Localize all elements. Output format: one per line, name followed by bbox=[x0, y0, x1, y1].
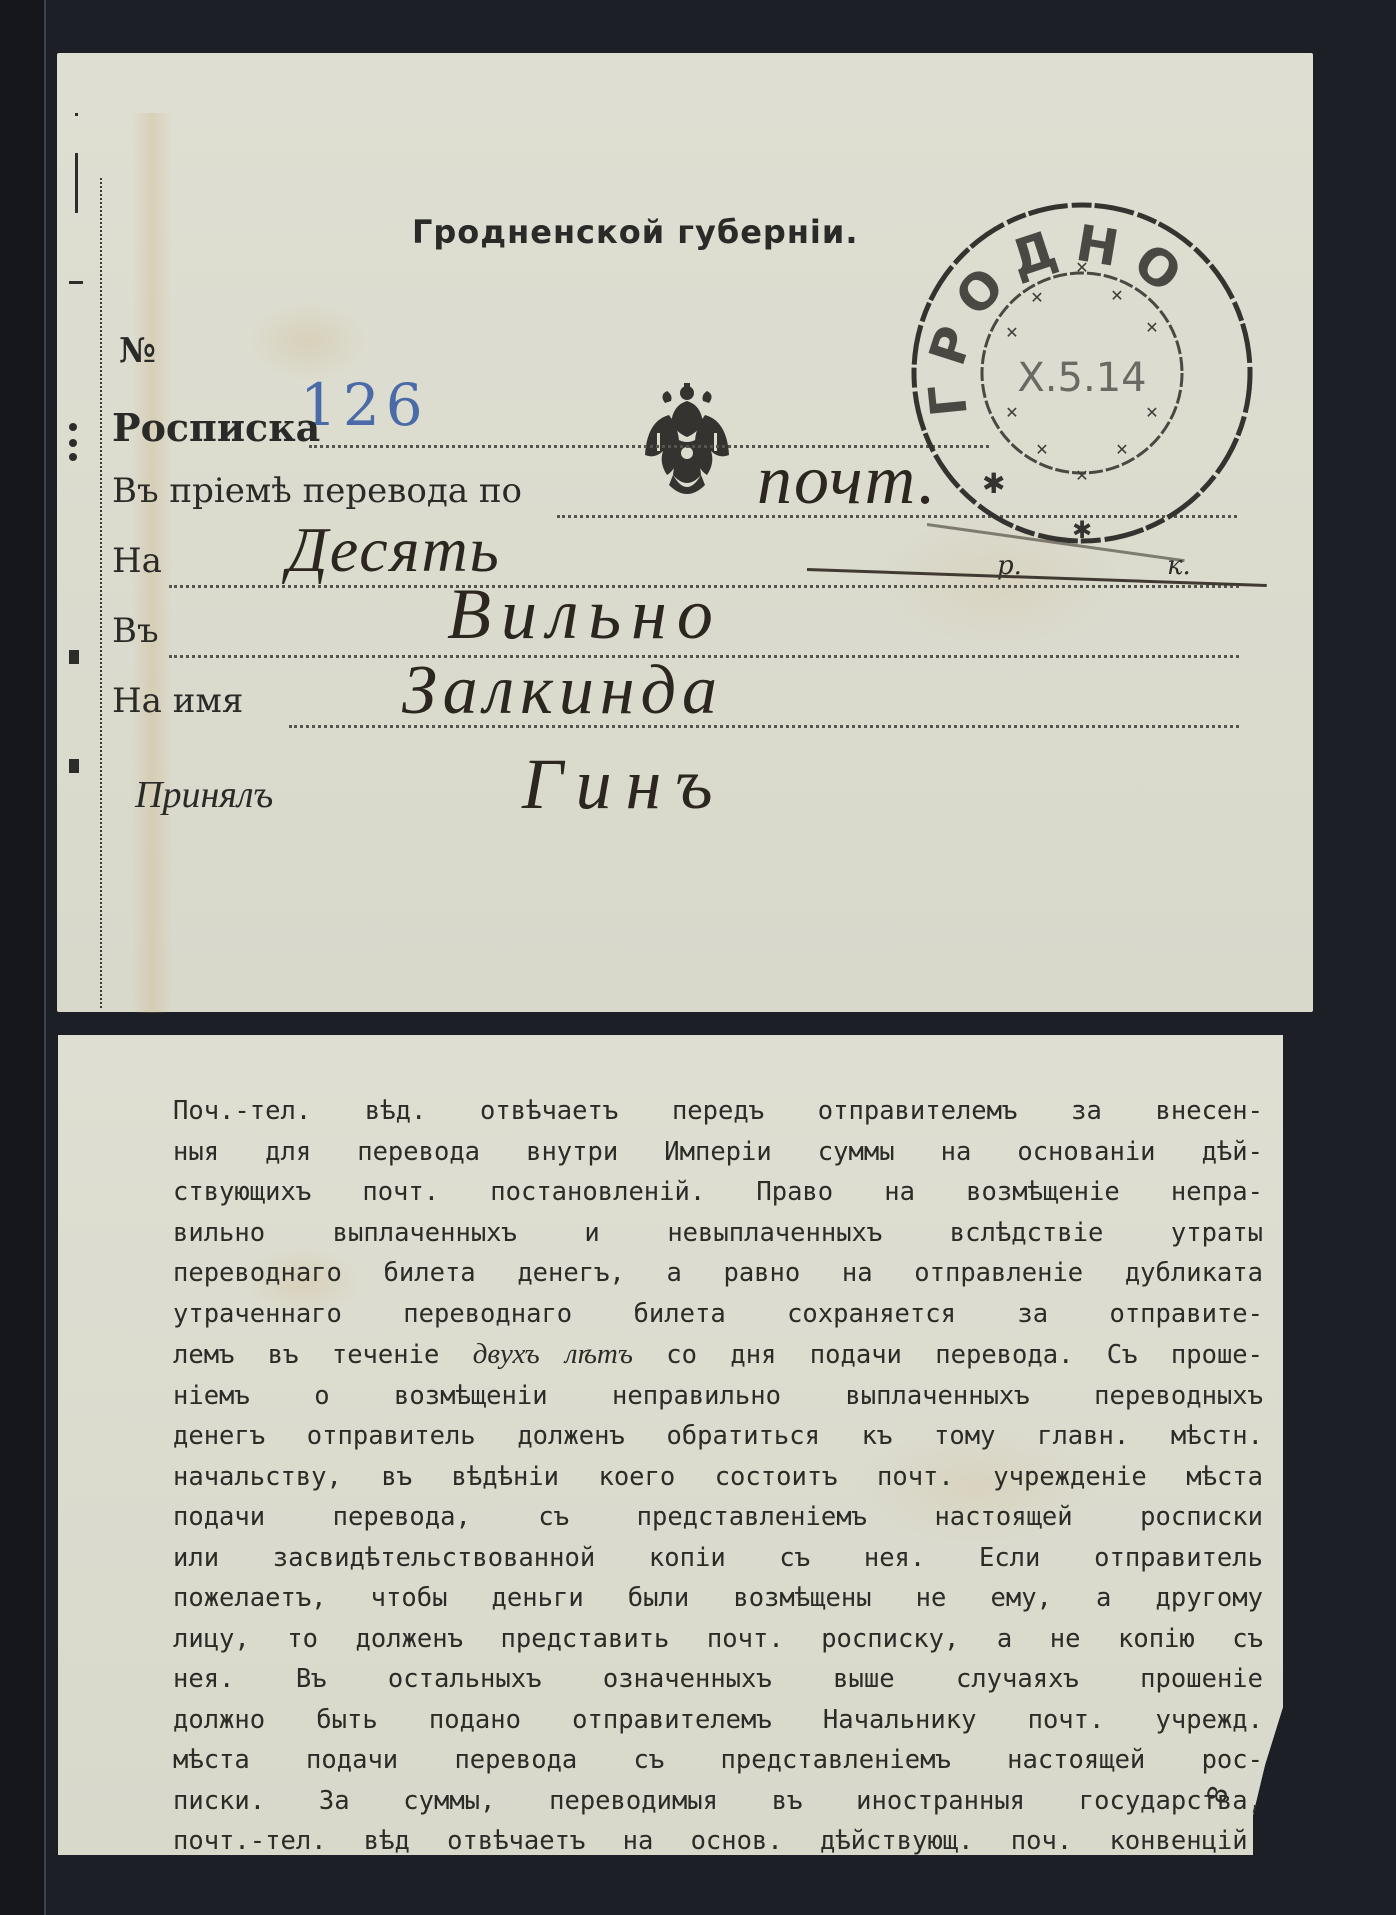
notice-line: ныя для перевода внутри Имперіи суммы на… bbox=[173, 1132, 1263, 1173]
notice-line: денегъ отправитель долженъ обратиться къ… bbox=[173, 1416, 1263, 1457]
notice-line: ствующихъ почт. постановленій. Право на … bbox=[173, 1172, 1263, 1213]
perforation-line bbox=[100, 178, 103, 1008]
receipt-title: Росписка bbox=[112, 405, 320, 450]
postmark-date: X.5.14 bbox=[1017, 355, 1146, 401]
svg-text:✕: ✕ bbox=[1145, 403, 1158, 422]
accepted-label: Принялъ bbox=[135, 773, 273, 817]
notice-line: ніемъ о возмѣщеніи неправильно выплаченн… bbox=[173, 1376, 1263, 1417]
svg-text:✕: ✕ bbox=[1035, 440, 1048, 459]
notice-line: лемъ въ теченіе двухъ лѣтъ со дня подачи… bbox=[173, 1334, 1263, 1376]
receipt-sheet: Гродненской губерніи. № 126 Росписка Въ … bbox=[57, 53, 1313, 1012]
notice-line: нея. Въ остальныхъ означенныхъ выше случ… bbox=[173, 1659, 1263, 1700]
notice-line: пожелаетъ, чтобы деньги были возмѣщены н… bbox=[173, 1578, 1263, 1619]
notice-line: мѣста подачи перевода съ представленіемъ… bbox=[173, 1740, 1263, 1781]
notice-paragraph: Поч.-тел. вѣд. отвѣчаетъ передъ отправит… bbox=[173, 1091, 1263, 1862]
kopecks-label: к. bbox=[1167, 551, 1191, 581]
svg-text:✕: ✕ bbox=[1005, 323, 1018, 342]
svg-text:✕: ✕ bbox=[1075, 258, 1088, 277]
accepted-signature: Гинъ bbox=[522, 743, 727, 826]
notice-line: Поч.-тел. вѣд. отвѣчаетъ передъ отправит… bbox=[173, 1091, 1263, 1132]
notice-italic-phrase: двухъ лѣтъ bbox=[473, 1338, 633, 1370]
notice-line-part: со дня подачи перевода. Съ проше- bbox=[633, 1340, 1263, 1370]
svg-text:✕: ✕ bbox=[1115, 440, 1128, 459]
field-city-handwritten: Вильно bbox=[447, 573, 723, 656]
svg-text:✕: ✕ bbox=[1005, 403, 1018, 422]
region-title: Гродненской губерніи. bbox=[412, 213, 858, 251]
field-transfer-label: Въ пріемѣ перевода по bbox=[112, 471, 522, 511]
field-name-handwritten: Залкинда bbox=[402, 651, 723, 731]
notice-line: должно быть подано отправителемъ Начальн… bbox=[173, 1700, 1263, 1741]
field-name-label: На имя bbox=[112, 681, 243, 721]
postmark-stamp: ГРОДНО X.5.14 ✕✕ ✕✕ ✕✕ ✕✕ ✕✕ ✱ ✱ bbox=[902, 193, 1262, 553]
stub-marks bbox=[61, 53, 91, 1012]
svg-text:✱: ✱ bbox=[1072, 516, 1092, 544]
notice-line: подачи перевода, съ представленіемъ наст… bbox=[173, 1497, 1263, 1538]
notice-line-part: лемъ въ теченіе bbox=[173, 1340, 473, 1370]
svg-text:✕: ✕ bbox=[1145, 318, 1158, 337]
field-amount-label: На bbox=[112, 541, 162, 581]
notice-line: вильно выплаченныхъ и невыплаченныхъ всл… bbox=[173, 1213, 1263, 1254]
svg-text:✕: ✕ bbox=[1030, 288, 1043, 307]
notice-line: или засвидѣтельствованной копіи съ нея. … bbox=[173, 1538, 1263, 1579]
album-edge bbox=[0, 0, 46, 1915]
field-city-label: Въ bbox=[112, 611, 159, 651]
notice-line: утраченнаго переводнаго билета сохраняет… bbox=[173, 1294, 1263, 1335]
notice-line: почт.-тел. вѣд отвѣчаетъ на основ. дѣйст… bbox=[173, 1821, 1263, 1862]
svg-text:✱: ✱ bbox=[982, 467, 1005, 500]
double-headed-eagle-icon bbox=[637, 383, 737, 498]
notice-line: писки. За суммы, переводимыя въ иностран… bbox=[173, 1781, 1263, 1822]
svg-text:✕: ✕ bbox=[1110, 286, 1123, 305]
notice-line: начальству, въ вѣдѣніи коего состоитъ по… bbox=[173, 1457, 1263, 1498]
svg-text:✕: ✕ bbox=[1075, 466, 1088, 485]
notice-sheet: Поч.-тел. вѣд. отвѣчаетъ передъ отправит… bbox=[58, 1035, 1283, 1855]
notice-line: лицу, то долженъ представить почт. роспи… bbox=[173, 1619, 1263, 1660]
number-label: № bbox=[119, 331, 156, 371]
notice-line: переводнаго билета денегъ, а равно на от… bbox=[173, 1253, 1263, 1294]
